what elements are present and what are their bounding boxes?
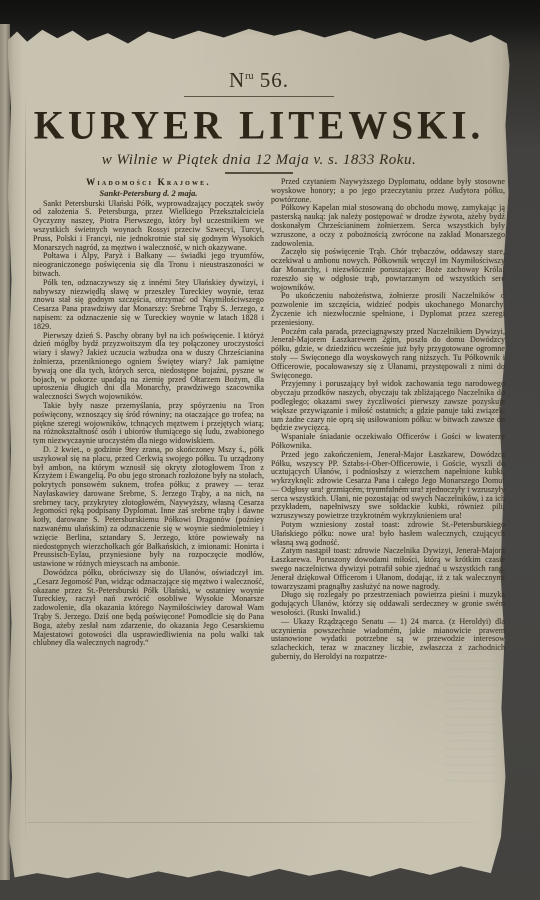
article-paragraph: — Ukazy Rządzącego Senatu — 1) 24 marca.… (271, 618, 505, 662)
newspaper-title: KURYER LITEWSKI. (7, 102, 511, 149)
right-column-paragraphs: Przed czytaniem Naywyższego Dyplomatu, o… (271, 178, 505, 662)
article-paragraph: Poczém cała parada, przeciągnąwszy przed… (271, 328, 505, 381)
article-paragraph: Wspaniałe śniadanie oczekiwało Officerów… (271, 433, 505, 451)
article-paragraph: Długo się rozlegały po przestrzeniach po… (271, 591, 505, 617)
issue-value: 56. (254, 68, 290, 92)
fold-crease-vertical (25, 92, 26, 852)
masthead: Nru 56. KURYER LITEWSKI. w Wilnie w Piąt… (7, 68, 511, 174)
article-paragraph: Półk ten, odznaczywszy się z innémi 5tey… (33, 279, 264, 332)
left-text-column: Wiadomości Krajowe. Sankt-Petersburg d. … (33, 178, 264, 818)
article-paragraph: Przed czytaniem Naywyższego Dyplomatu, o… (271, 178, 505, 204)
article-paragraph: Półkowy Kapelan miał stosowaną do obchod… (271, 204, 505, 248)
article-paragraph: Przyjemny i poruszający był widok zachow… (271, 380, 505, 433)
issue-prefix: N (229, 68, 245, 92)
left-column-paragraphs: Sankt Petersburski Ułański Półk, wyprowa… (33, 200, 264, 649)
article-paragraph: Zatym nastąpił toast: zdrowie Naczelnika… (271, 547, 505, 591)
article-paragraph: D. 2 kwiet., o godzinie 9tey zrana, po s… (33, 446, 264, 569)
article-dateline: Sankt-Petersburg d. 2 maja. (33, 190, 264, 199)
article-paragraph: Dowódzca półku, obróciwszy się do Ułanów… (33, 569, 264, 648)
issue-rule (184, 96, 334, 97)
fold-crease-bottom (27, 822, 497, 823)
scanned-newspaper-page: { "page": { "background_color": "#454440… (0, 0, 540, 900)
article-paragraph: Przed jego zakończeniem, Jenerał-Major Ł… (271, 451, 505, 521)
masthead-dateline: w Wilnie w Piątek dnia 12 Maja v. s. 183… (7, 152, 511, 169)
article-paragraph: Pierwszy dzień S. Paschy obrany był na i… (33, 332, 264, 402)
article-paragraph: Połtawa i Alpy, Paryż i Bałkany — świadk… (33, 252, 264, 278)
article-paragraph: Takie były nasze przemyślania, przy spóy… (33, 402, 264, 446)
issue-superscript: ru (245, 71, 253, 82)
article-paragraph: Sankt Petersburski Ułański Półk, wyprowa… (33, 200, 264, 253)
article-paragraph: Zaczęło się poświęcenie Trąb. Chór tręba… (271, 248, 505, 292)
article-paragraph: Potym wzniesiony został toast: zdrowie S… (271, 521, 505, 547)
section-header: Wiadomości Krajowe. (33, 178, 264, 187)
right-text-column: Przed czytaniem Naywyższego Dyplomatu, o… (271, 178, 505, 818)
article-paragraph: Po ukończeniu nabożeństwa, żołnierze pro… (271, 292, 505, 327)
issue-number: Nru 56. (7, 68, 511, 93)
adjacent-page-edge (0, 24, 10, 880)
dateline-rule (225, 172, 293, 174)
